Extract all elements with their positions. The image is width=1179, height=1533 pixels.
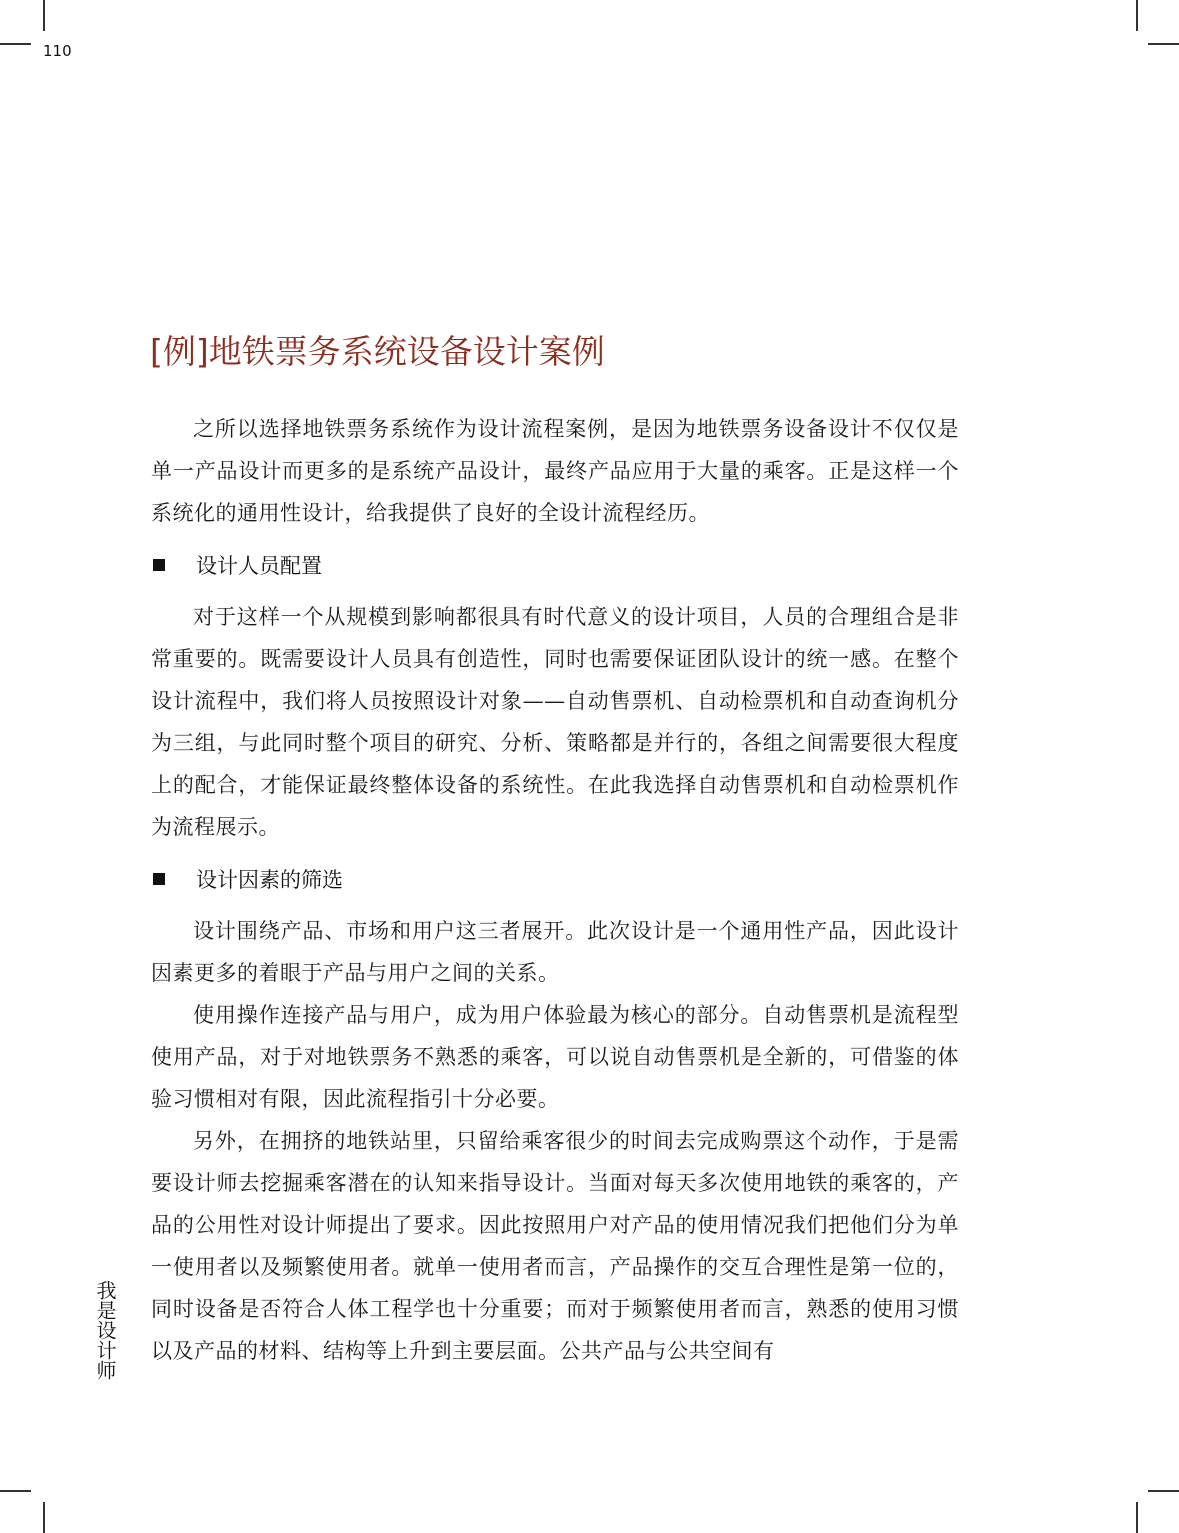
crop-mark-bottom-left-vertical [43,1502,45,1533]
article-body: 之所以选择地铁票务系统作为设计流程案例，是因为地铁票务设备设计不仅仅是单一产品设… [151,408,959,1372]
square-bullet-icon [153,559,165,571]
crop-mark-top-left-horizontal [0,43,31,45]
paragraph: 设计围绕产品、市场和用户这三者展开。此次设计是一个通用性产品，因此设计因素更多的… [151,910,959,994]
crop-mark-top-right-horizontal [1148,43,1179,45]
article-title: [例]地铁票务系统设备设计案例 [150,326,605,373]
paragraph: 另外，在拥挤的地铁站里，只留给乘客很少的时间去完成购票这个动作，于是需要设计师去… [151,1120,959,1372]
crop-mark-top-left-vertical [43,0,45,31]
crop-mark-bottom-right-horizontal [1148,1490,1179,1492]
paragraph: 使用操作连接产品与用户，成为用户体验最为核心的部分。自动售票机是流程型使用产品，… [151,994,959,1120]
section-heading-staffing: 设计人员配置 [151,544,959,586]
intro-paragraph: 之所以选择地铁票务系统作为设计流程案例，是因为地铁票务设备设计不仅仅是单一产品设… [151,408,959,534]
side-label: 我是设计师 [92,1280,116,1380]
page-number: 110 [43,42,72,60]
section-heading-text: 设计人员配置 [196,550,322,580]
section-heading-text: 设计因素的筛选 [196,864,343,894]
crop-mark-bottom-left-horizontal [0,1490,31,1492]
section-heading-factors: 设计因素的筛选 [151,858,959,900]
crop-mark-bottom-right-vertical [1136,1502,1138,1533]
square-bullet-icon [153,873,165,885]
crop-mark-top-right-vertical [1136,0,1138,31]
paragraph: 对于这样一个从规模到影响都很具有时代意义的设计项目，人员的合理组合是非常重要的。… [151,596,959,848]
